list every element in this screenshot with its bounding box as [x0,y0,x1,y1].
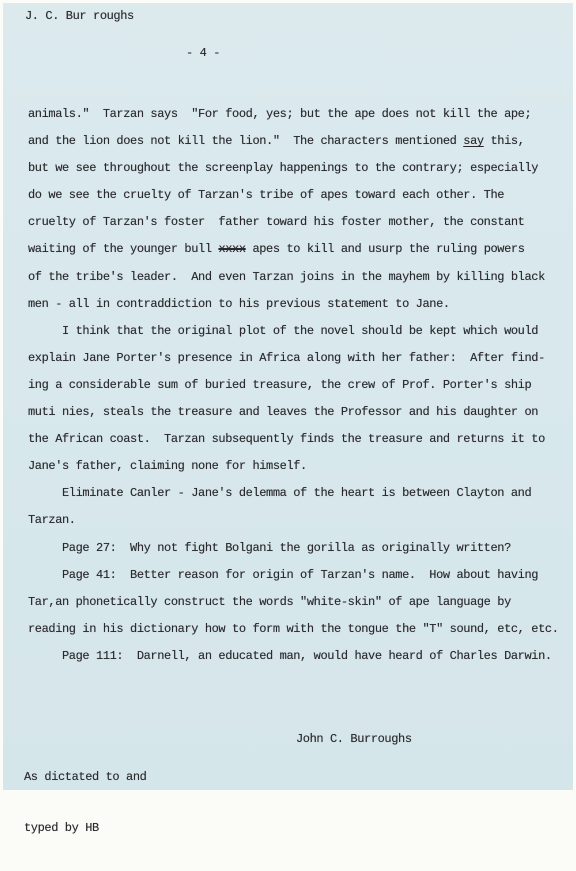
text-segment: explain Jane Porter's presence in Africa… [28,351,545,365]
document-line: Tarzan. [28,507,559,534]
text-segment: Page 111: Darnell, an educated man, woul… [28,649,552,663]
text-segment: the African coast. Tarzan subsequently f… [28,432,545,446]
text-segment: Tar,an phonetically construct the words … [28,595,511,609]
document-line: Page 41: Better reason for origin of Tar… [28,562,559,589]
text-segment: waiting of the younger bull [28,242,218,256]
underlined-word: say [463,134,483,148]
document-line: animals." Tarzan says "For food, yes; bu… [28,101,559,128]
text-segment: men - all in contraddiction to his previ… [28,297,450,311]
document-line: the African coast. Tarzan subsequently f… [28,426,559,453]
document-line: Jane's father, claiming none for himself… [28,453,559,480]
document-line: ing a considerable sum of buried treasur… [28,372,559,399]
text-segment: Page 41: Better reason for origin of Tar… [28,568,538,582]
typist-note: As dictated to and typed by HB [24,735,146,793]
text-segment: Tarzan. [28,513,76,527]
document-line: cruelty of Tarzan's foster father toward… [28,209,559,236]
document-line: Eliminate Canler - Jane's delemma of the… [28,480,559,507]
typist-note-line-1: As dictated to and [24,769,146,786]
document-line: and the lion does not kill the lion." Th… [28,128,559,155]
document-line: of the tribe's leader. And even Tarzan j… [28,264,559,291]
document-line: explain Jane Porter's presence in Africa… [28,345,559,372]
document-page: J. C. Bur roughs - 4 - animals." Tarzan … [3,3,573,790]
document-line: I think that the original plot of the no… [28,318,559,345]
document-line: muti nies, steals the treasure and leave… [28,399,559,426]
text-segment: this, [484,134,525,148]
text-segment: do we see the cruelty of Tarzan's tribe … [28,188,504,202]
document-line: men - all in contraddiction to his previ… [28,291,559,318]
text-segment: cruelty of Tarzan's foster father toward… [28,215,525,229]
document-line: but we see throughout the screenplay hap… [28,155,559,182]
text-segment: muti nies, steals the treasure and leave… [28,405,538,419]
text-segment: ing a considerable sum of buried treasur… [28,378,531,392]
text-segment: Page 27: Why not fight Bolgani the goril… [28,541,511,555]
text-segment: Jane's father, claiming none for himself… [28,459,307,473]
document-line: Page 27: Why not fight Bolgani the goril… [28,535,559,562]
text-segment: and the lion does not kill the lion." Th… [28,134,463,148]
text-segment: reading in his dictionary how to form wi… [28,622,559,636]
text-segment: animals." Tarzan says "For food, yes; bu… [28,107,531,121]
struck-out-word: xxxx [218,242,245,256]
document-body: animals." Tarzan says "For food, yes; bu… [28,101,559,670]
text-segment: apes to kill and usurp the ruling powers [246,242,525,256]
text-segment: I think that the original plot of the no… [28,324,538,338]
document-line: Page 111: Darnell, an educated man, woul… [28,643,559,670]
text-segment: but we see throughout the screenplay hap… [28,161,538,175]
signature-name: John C. Burroughs [296,732,412,746]
document-line: reading in his dictionary how to form wi… [28,616,559,643]
page-number: - 4 - [186,46,220,60]
text-segment: of the tribe's leader. And even Tarzan j… [28,270,545,284]
document-line: Tar,an phonetically construct the words … [28,589,559,616]
text-segment: Eliminate Canler - Jane's delemma of the… [28,486,531,500]
document-line: waiting of the younger bull xxxx apes to… [28,236,559,263]
document-header-author: J. C. Bur roughs [25,9,134,23]
document-line: do we see the cruelty of Tarzan's tribe … [28,182,559,209]
